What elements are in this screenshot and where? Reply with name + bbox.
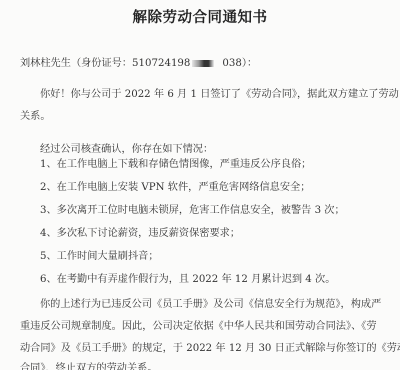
- document-title: 解除劳动合同通知书: [0, 6, 400, 27]
- intro-line-1: 你好！你与公司于 2022 年 6 月 1 日签订了《劳动合同》，据此双方建立了…: [40, 85, 399, 100]
- conclusion-line-4: 合同》，终止双方的劳动关系。: [20, 359, 158, 370]
- addressee-line: 刘林柱先生（身份证号：510724198038）：: [20, 54, 257, 69]
- violation-item-5: 5、工作时间大量刷抖音；: [40, 247, 159, 262]
- redacted-id-block: [192, 60, 214, 67]
- id-suffix: 038）：: [222, 58, 257, 69]
- intro-line-2: 关系。: [20, 107, 51, 122]
- finding-intro: 经过公司核查确认，你存在如下情况：: [40, 140, 213, 155]
- violation-item-3: 3、多次离开工位时电脑未锁屏，危害工作信息安全，被警告 3 次；: [40, 201, 345, 216]
- violation-item-6: 6、在考勤中有弄虚作假行为，且 2022 年 12 月累计迟到 4 次。: [40, 270, 335, 285]
- id-prefix: （身份证号：510724198: [71, 58, 190, 69]
- addressee-name: 刘林柱先生: [20, 58, 71, 69]
- violation-item-1: 1、在工作电脑上下载和存储色情图像，严重违反公序良俗；: [40, 155, 311, 170]
- termination-notice-page: 解除劳动合同通知书 刘林柱先生（身份证号：510724198038）： 你好！你…: [0, 0, 400, 370]
- conclusion-line-1: 你的上述行为已违反公司《员工手册》及公司《信息安全行为规范》，构成严: [40, 295, 381, 310]
- violation-item-2: 2、在工作电脑上安装 VPN 软件，严重危害网络信息安全；: [40, 178, 310, 193]
- violation-item-4: 4、多次私下讨论薪资，违反薪资保密要求；: [40, 224, 240, 239]
- conclusion-line-3: 动合同》及《员工手册》的规定，于 2022 年 12 月 30 日正式解除与你签…: [20, 339, 400, 354]
- conclusion-line-2: 重违反公司规章制度。因此，公司决定依据《中华人民共和国劳动合同法》、《劳: [20, 317, 377, 332]
